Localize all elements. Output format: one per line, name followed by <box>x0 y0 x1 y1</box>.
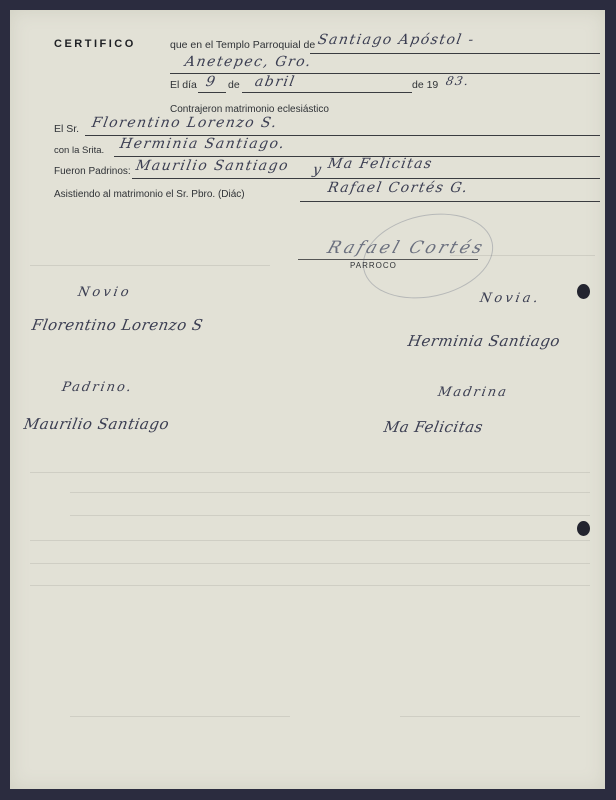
day-label: El día <box>170 79 197 91</box>
groom-heading: Novio <box>77 285 133 300</box>
location-value: Anetepec, Gro. <box>184 54 314 70</box>
certificate-page: CERTIFICO que en el Templo Parroquial de… <box>10 10 605 789</box>
bleed-through-line <box>30 563 590 564</box>
bleed-through-line <box>70 492 590 493</box>
godfather-name: Maurilio Santiago <box>22 415 170 433</box>
punch-hole-bottom <box>577 521 590 536</box>
day-line <box>198 92 226 93</box>
godfather-value: Maurilio Santiago <box>135 158 291 174</box>
de-label: de <box>228 79 240 91</box>
groom-name: Florentino Lorenzo S <box>30 316 204 334</box>
groom-value: Florentino Lorenzo S. <box>91 115 279 131</box>
bleed-through-line <box>70 716 290 717</box>
godmother-heading: Madrina <box>437 385 510 400</box>
godparents-label: Fueron Padrinos: <box>54 166 131 177</box>
godmother-value: Ma Felicitas <box>327 156 435 172</box>
bleed-through-line <box>30 265 270 266</box>
location-line <box>170 73 600 74</box>
signature-caption: PARROCO <box>350 261 397 270</box>
month-line <box>242 92 412 93</box>
signature-line <box>298 259 478 260</box>
bleed-through-line <box>30 585 590 586</box>
bleed-through-line <box>30 472 590 473</box>
bride-value: Herminia Santiago. <box>119 136 287 152</box>
temple-value: Santiago Apóstol - <box>317 32 476 48</box>
bleed-through-line <box>30 540 590 541</box>
groom-label: El Sr. <box>54 123 79 135</box>
certificate-title: CERTIFICO <box>54 38 136 50</box>
month-value: abril <box>254 74 297 90</box>
godmother-name: Ma Felicitas <box>382 418 484 436</box>
temple-label: que en el Templo Parroquial de <box>170 39 315 51</box>
year-label: de 19 <box>412 79 438 91</box>
bride-heading: Novia. <box>479 291 542 306</box>
temple-line <box>310 53 600 54</box>
bleed-through-line <box>400 716 580 717</box>
godparents-y: y <box>312 162 324 178</box>
year-value: 83. <box>445 74 471 88</box>
contrajeron-label: Contrajeron matrimonio eclesiástico <box>170 104 329 115</box>
godfather-heading: Padrino. <box>61 380 134 395</box>
bleed-through-line <box>450 255 595 256</box>
priest-label: Asistiendo al matrimonio el Sr. Pbro. (D… <box>54 189 245 200</box>
bride-label: con la Srita. <box>54 145 104 156</box>
bleed-through-line <box>70 515 590 516</box>
punch-hole-top <box>577 284 590 299</box>
day-value: 9 <box>205 74 218 90</box>
bride-name: Herminia Santiago <box>406 332 561 350</box>
priest-value: Rafael Cortés G. <box>327 180 470 196</box>
godparents-line <box>132 178 600 179</box>
priest-line <box>300 201 600 202</box>
